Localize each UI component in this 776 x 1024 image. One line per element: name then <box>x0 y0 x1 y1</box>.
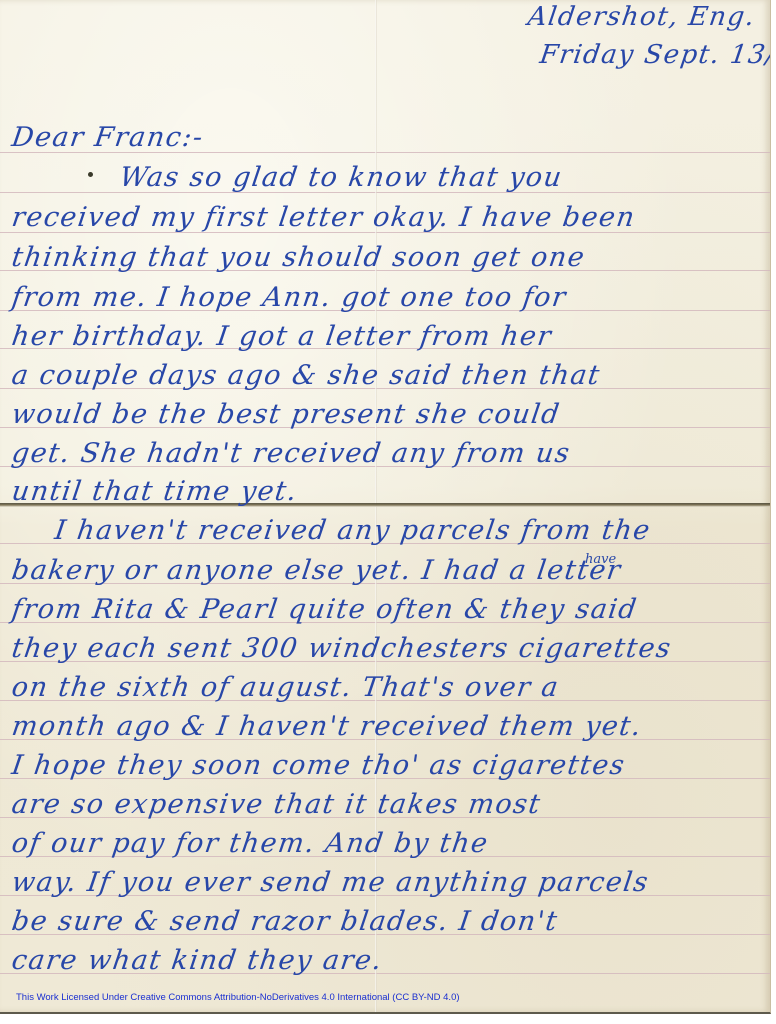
salutation: Dear Franc:- <box>10 122 206 153</box>
letter-line-2: received my first letter okay. I have be… <box>10 202 638 233</box>
letter-line-14: on the sixth of august. That's over a <box>10 672 562 703</box>
letter-line-15: month ago & I haven't received them yet. <box>10 711 644 742</box>
letter-line-17: are so expensive that it takes most <box>10 789 543 820</box>
letter-line-21: care what kind they are. <box>10 945 385 976</box>
letter-line-13: they each sent 300 windchesters cigarett… <box>10 633 674 664</box>
letter-line-10: I haven't received any parcels from the <box>53 515 653 546</box>
letter-line-12: from Rita & Pearl quite often & they sai… <box>10 594 640 625</box>
letter-date: Friday Sept. 13/40 <box>538 40 771 70</box>
letter-line-11: bakery or anyone else yet. I had a lette… <box>10 555 624 586</box>
letter-line-19: way. If you ever send me anything parcel… <box>10 867 651 898</box>
letter-line-4: from me. I hope Ann. got one too for <box>10 282 569 313</box>
inserted-word-have: have <box>585 552 616 567</box>
letter-line-16: I hope they soon come tho' as cigarettes <box>10 750 628 781</box>
letter-page: Aldershot, Eng. Friday Sept. 13/40 Dear … <box>0 0 771 1014</box>
letter-line-18: of our pay for them. And by the <box>10 828 491 859</box>
letter-line-3: thinking that you should soon get one <box>10 242 588 273</box>
letter-line-1: Was so glad to know that you <box>118 162 565 193</box>
letter-line-8: get. She hadn't received any from us <box>10 438 573 469</box>
ink-speck <box>88 172 93 177</box>
letter-line-20: be sure & send razor blades. I don't <box>10 906 560 937</box>
letter-line-6: a couple days ago & she said then that <box>10 360 603 391</box>
letter-line-5: her birthday. I got a letter from her <box>10 321 554 352</box>
license-notice: This Work Licensed Under Creative Common… <box>16 992 460 1003</box>
letter-location: Aldershot, Eng. <box>526 2 758 32</box>
letter-line-7: would be the best present she could <box>10 399 563 430</box>
letter-line-9: until that time yet. <box>10 476 300 507</box>
